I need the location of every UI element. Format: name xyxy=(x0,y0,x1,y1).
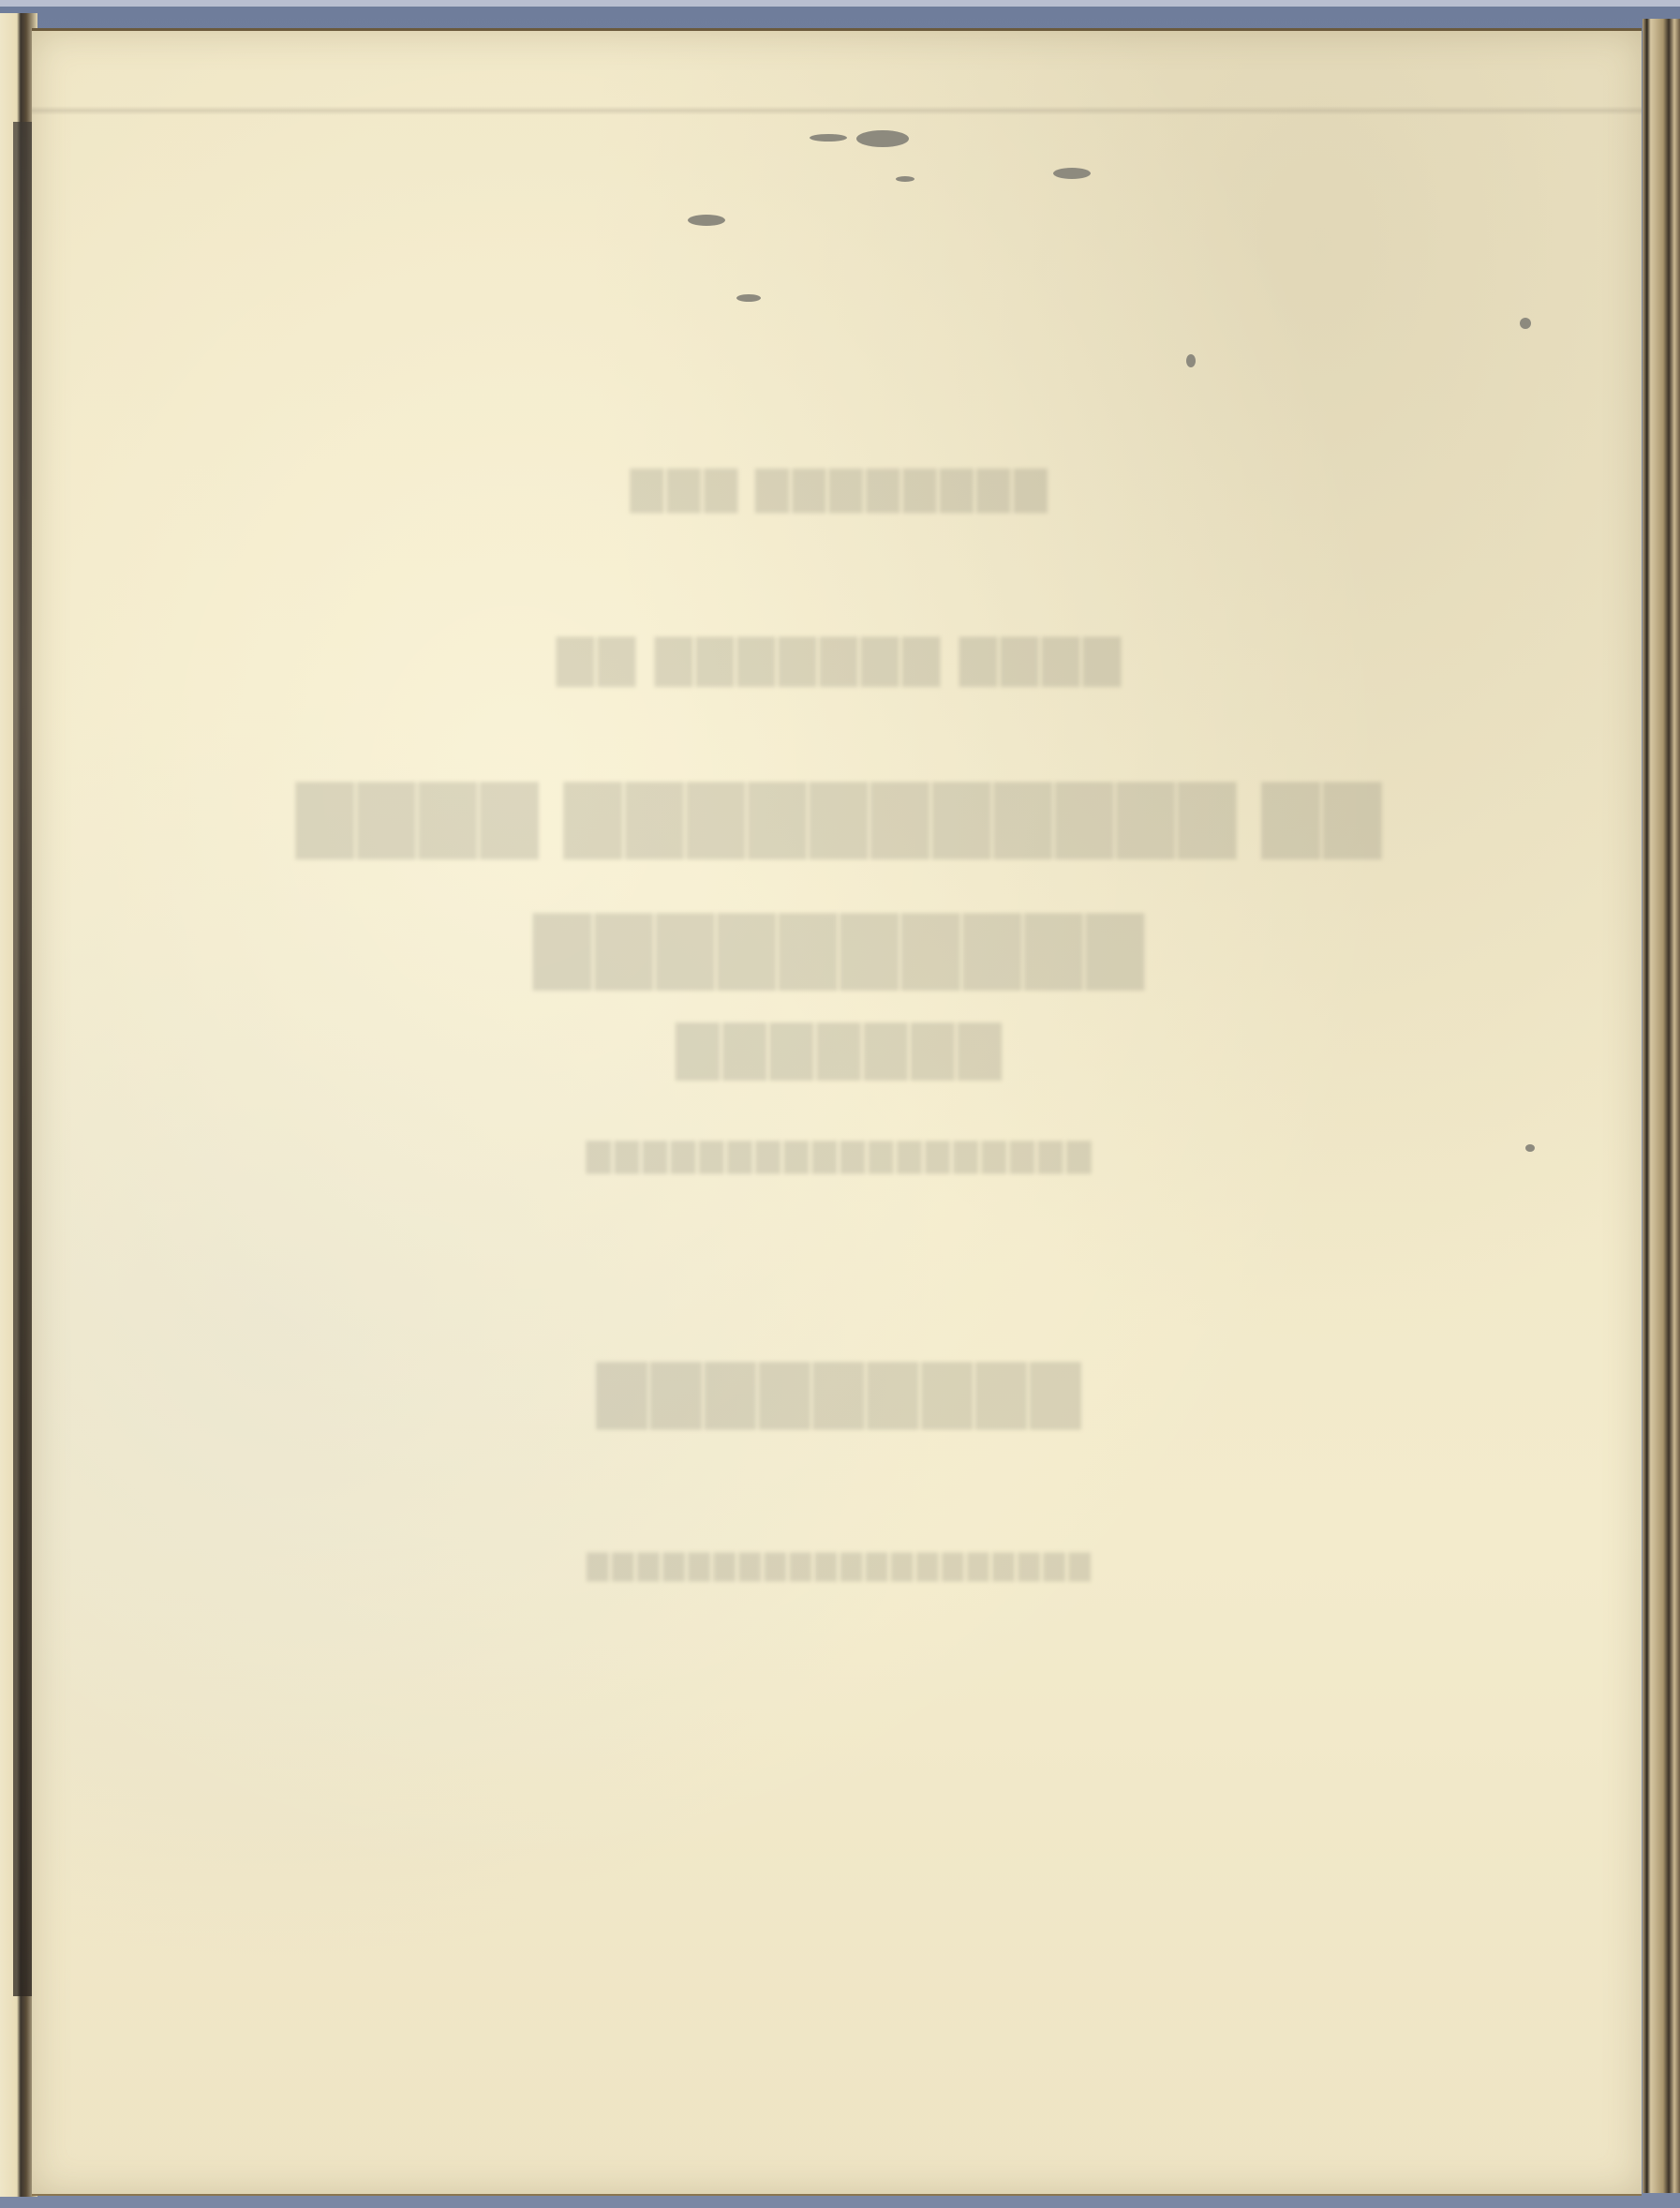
ink-spot xyxy=(1053,168,1091,179)
page-fold-line xyxy=(32,106,1642,115)
ink-spot xyxy=(1520,318,1531,329)
ink-spot xyxy=(1186,354,1196,367)
ink-spot xyxy=(896,176,914,182)
ink-spot xyxy=(736,294,761,302)
ink-spot xyxy=(856,130,909,147)
ink-spot xyxy=(810,134,847,142)
bleed-through-line: ▇▇▇▇▇▇▇ xyxy=(32,1015,1642,1081)
page-fore-edge xyxy=(1643,19,1680,2193)
ink-spot xyxy=(688,215,725,226)
bleed-through-line: ▇▇▇▇ ▇▇▇▇▇▇▇ ▇▇ xyxy=(32,631,1642,687)
ink-spot xyxy=(1525,1144,1535,1152)
scanner-top-strip xyxy=(0,0,1680,7)
blank-page: ▇▇▇▇▇▇▇▇ ▇▇▇ ▇▇▇▇ ▇▇▇▇▇▇▇ ▇▇ ▇▇ ▇▇▇▇▇▇▇▇… xyxy=(32,28,1642,2196)
bleed-through-line: ▇▇▇▇▇▇▇▇ ▇▇▇ xyxy=(32,462,1642,513)
bleed-through-line: ▇▇▇▇▇▇▇▇▇ xyxy=(32,1352,1642,1430)
gutter-shadow xyxy=(13,122,34,1996)
bleed-through-line: ▇▇▇▇▇▇▇▇▇▇▇▇▇▇▇▇▇▇ xyxy=(32,1137,1642,1174)
bleed-through-line: ▇▇▇▇▇▇▇▇▇▇▇▇▇▇▇▇▇▇▇▇ xyxy=(32,1549,1642,1582)
bleed-through-line: ▇▇ ▇▇▇▇▇▇▇▇▇▇▇ ▇▇▇▇ xyxy=(32,771,1642,859)
bleed-through-line: ▇▇▇▇▇▇▇▇▇▇ xyxy=(32,903,1642,991)
